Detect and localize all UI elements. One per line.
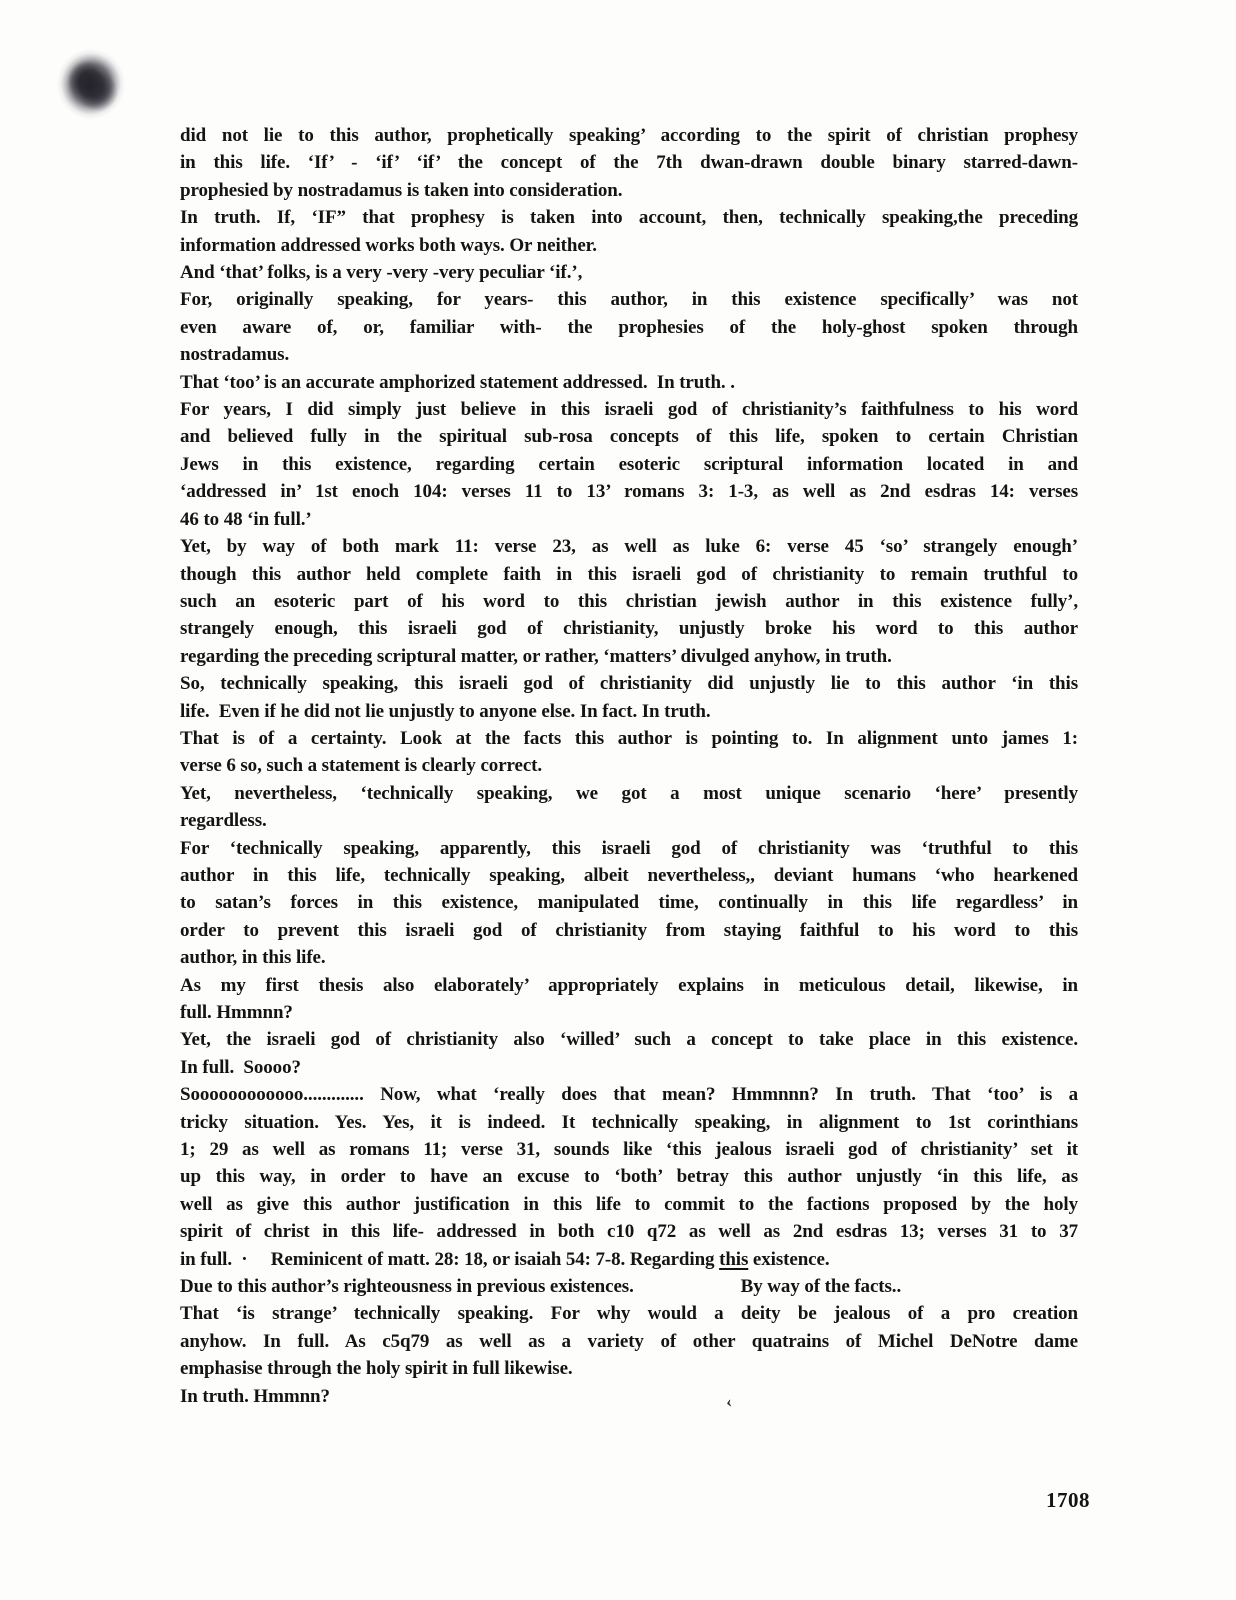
text-segment: So, technically speaking, this israeli g… bbox=[180, 673, 1078, 694]
underlined-text: this bbox=[719, 1249, 748, 1270]
text-line: anyhow. In full. As c5q79 as well as a v… bbox=[180, 1328, 1078, 1355]
text-segment: And ‘that’ folks, is a very -very -very … bbox=[180, 262, 582, 283]
text-line: in this life. ‘If’ - ‘if’ ‘if’ the conce… bbox=[180, 149, 1078, 176]
text-line: author, in this life. bbox=[180, 944, 1078, 971]
ink-smudge bbox=[56, 48, 126, 120]
text-line: For ‘technically speaking, apparently, t… bbox=[180, 835, 1078, 862]
text-segment: 46 to 48 ‘in full.’ bbox=[180, 509, 312, 530]
text-line: Yet, nevertheless, ‘technically speaking… bbox=[180, 780, 1078, 807]
text-segment: anyhow. In full. As c5q79 as well as a v… bbox=[180, 1331, 1078, 1352]
text-line: information addressed works both ways. O… bbox=[180, 232, 1078, 259]
text-segment: life. Even if he did not lie unjustly to… bbox=[180, 701, 711, 722]
text-segment: Yet, by way of both mark 11: verse 23, a… bbox=[180, 536, 1078, 557]
text-segment: regarding the preceding scriptural matte… bbox=[180, 646, 892, 667]
text-line: order to prevent this israeli god of chr… bbox=[180, 917, 1078, 944]
text-segment: even aware of, or, familiar with- the pr… bbox=[180, 317, 1078, 338]
text-segment: In truth. Hmmnn? bbox=[180, 1386, 330, 1407]
text-line: For years, I did simply just believe in … bbox=[180, 396, 1078, 423]
text-segment: spirit of christ in this life- addressed… bbox=[180, 1221, 1078, 1242]
text-line: though this author held complete faith i… bbox=[180, 561, 1078, 588]
text-segment: author, in this life. bbox=[180, 947, 326, 968]
text-line: That ‘too’ is an accurate amphorized sta… bbox=[180, 369, 1078, 396]
text-line: So, technically speaking, this israeli g… bbox=[180, 670, 1078, 697]
text-line: such an esoteric part of his word to thi… bbox=[180, 588, 1078, 615]
text-line: Yet, the israeli god of christianity als… bbox=[180, 1026, 1078, 1053]
text-segment: order to prevent this israeli god of chr… bbox=[180, 920, 1078, 941]
text-line: That ‘is strange’ technically speaking. … bbox=[180, 1300, 1078, 1327]
text-line: Soooooooooooo............. Now, what ‘re… bbox=[180, 1081, 1078, 1108]
text-line: Jews in this existence, regarding certai… bbox=[180, 451, 1078, 478]
text-line: Due to this author’s righteousness in pr… bbox=[180, 1273, 1078, 1300]
text-segment: did not lie to this author, propheticall… bbox=[180, 125, 1078, 146]
text-line: In truth. If, ‘IF” that prophesy is take… bbox=[180, 204, 1078, 231]
text-segment: That is of a certainty. Look at the fact… bbox=[180, 728, 1078, 749]
text-line: For, originally speaking, for years- thi… bbox=[180, 286, 1078, 313]
text-segment: in full. · Reminicent of matt. 28: 18, o… bbox=[180, 1249, 719, 1270]
text-segment: and believed fully in the spiritual sub-… bbox=[180, 426, 1078, 447]
text-segment: such an esoteric part of his word to thi… bbox=[180, 591, 1078, 612]
text-line: in full. · Reminicent of matt. 28: 18, o… bbox=[180, 1246, 1078, 1273]
text-line: author in this life, technically speakin… bbox=[180, 862, 1078, 889]
text-line: even aware of, or, familiar with- the pr… bbox=[180, 314, 1078, 341]
text-line: prophesied by nostradamus is taken into … bbox=[180, 177, 1078, 204]
text-segment: verse 6 so, such a statement is clearly … bbox=[180, 755, 542, 776]
text-line: to satan’s forces in this existence, man… bbox=[180, 889, 1078, 916]
text-line: did not lie to this author, propheticall… bbox=[180, 122, 1078, 149]
text-line: well as give this author justification i… bbox=[180, 1191, 1078, 1218]
text-segment: Yet, nevertheless, ‘technically speaking… bbox=[180, 783, 1078, 804]
text-segment: in this life. ‘If’ - ‘if’ ‘if’ the conce… bbox=[180, 152, 1078, 173]
text-block: did not lie to this author, propheticall… bbox=[180, 122, 1078, 1410]
text-segment: regardless. bbox=[180, 810, 267, 831]
text-segment: For years, I did simply just believe in … bbox=[180, 399, 1078, 420]
text-segment: tricky situation. Yes. Yes, it is indeed… bbox=[180, 1112, 1078, 1133]
page-number: 1708 bbox=[1046, 1488, 1090, 1513]
document-page: did not lie to this author, propheticall… bbox=[0, 0, 1236, 1600]
text-line: That is of a certainty. Look at the fact… bbox=[180, 725, 1078, 752]
text-segment: Soooooooooooo............. Now, what ‘re… bbox=[180, 1084, 1078, 1105]
text-segment: information addressed works both ways. O… bbox=[180, 235, 597, 256]
text-segment: ‘addressed in’ 1st enoch 104: verses 11 … bbox=[180, 481, 1078, 502]
text-segment: In truth. If, ‘IF” that prophesy is take… bbox=[180, 207, 1078, 228]
text-segment: In full. Soooo? bbox=[180, 1057, 301, 1078]
text-line: 1; 29 as well as romans 11; verse 31, so… bbox=[180, 1136, 1078, 1163]
text-line: ‘addressed in’ 1st enoch 104: verses 11 … bbox=[180, 478, 1078, 505]
text-line: up this way, in order to have an excuse … bbox=[180, 1163, 1078, 1190]
text-segment: author in this life, technically speakin… bbox=[180, 865, 1078, 886]
text-segment: though this author held complete faith i… bbox=[180, 564, 1078, 585]
text-line: life. Even if he did not lie unjustly to… bbox=[180, 698, 1078, 725]
text-line: tricky situation. Yes. Yes, it is indeed… bbox=[180, 1109, 1078, 1136]
text-segment: Due to this author’s righteousness in pr… bbox=[180, 1276, 901, 1297]
text-line: and believed fully in the spiritual sub-… bbox=[180, 423, 1078, 450]
text-line: In truth. Hmmnn? bbox=[180, 1383, 1078, 1410]
text-line: strangely enough, this israeli god of ch… bbox=[180, 615, 1078, 642]
text-line: As my first thesis also elaborately’ app… bbox=[180, 972, 1078, 999]
text-line: full. Hmmnn? bbox=[180, 999, 1078, 1026]
text-line: verse 6 so, such a statement is clearly … bbox=[180, 752, 1078, 779]
text-line: regardless. bbox=[180, 807, 1078, 834]
text-segment: well as give this author justification i… bbox=[180, 1194, 1078, 1215]
text-line: And ‘that’ folks, is a very -very -very … bbox=[180, 259, 1078, 286]
text-segment: up this way, in order to have an excuse … bbox=[180, 1166, 1078, 1187]
text-line: nostradamus. bbox=[180, 341, 1078, 368]
text-line: spirit of christ in this life- addressed… bbox=[180, 1218, 1078, 1245]
text-segment: For, originally speaking, for years- thi… bbox=[180, 289, 1078, 310]
text-segment: Yet, the israeli god of christianity als… bbox=[180, 1029, 1078, 1050]
text-line: 46 to 48 ‘in full.’ bbox=[180, 506, 1078, 533]
text-segment: emphasise through the holy spirit in ful… bbox=[180, 1358, 573, 1379]
text-segment: As my first thesis also elaborately’ app… bbox=[180, 975, 1078, 996]
text-segment: Jews in this existence, regarding certai… bbox=[180, 454, 1078, 475]
text-segment: strangely enough, this israeli god of ch… bbox=[180, 618, 1078, 639]
text-segment: For ‘technically speaking, apparently, t… bbox=[180, 838, 1078, 859]
text-segment: full. Hmmnn? bbox=[180, 1002, 293, 1023]
text-segment: 1; 29 as well as romans 11; verse 31, so… bbox=[180, 1139, 1078, 1160]
text-segment: That ‘too’ is an accurate amphorized sta… bbox=[180, 372, 735, 393]
text-line: Yet, by way of both mark 11: verse 23, a… bbox=[180, 533, 1078, 560]
text-line: In full. Soooo? bbox=[180, 1054, 1078, 1081]
text-segment: to satan’s forces in this existence, man… bbox=[180, 892, 1078, 913]
text-segment: prophesied by nostradamus is taken into … bbox=[180, 180, 622, 201]
text-line: regarding the preceding scriptural matte… bbox=[180, 643, 1078, 670]
text-segment: existence. bbox=[748, 1249, 829, 1270]
text-line: emphasise through the holy spirit in ful… bbox=[180, 1355, 1078, 1382]
text-segment: That ‘is strange’ technically speaking. … bbox=[180, 1303, 1078, 1324]
text-segment: nostradamus. bbox=[180, 344, 289, 365]
